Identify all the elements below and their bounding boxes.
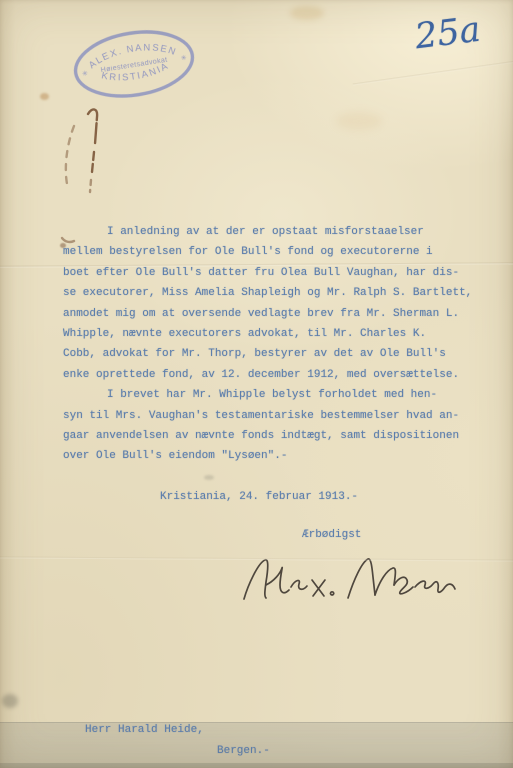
page-edge-vignette (0, 0, 513, 768)
letter-page: ALEX. NANSEN KRISTIANIA Høiesteretsadvok… (0, 0, 513, 768)
